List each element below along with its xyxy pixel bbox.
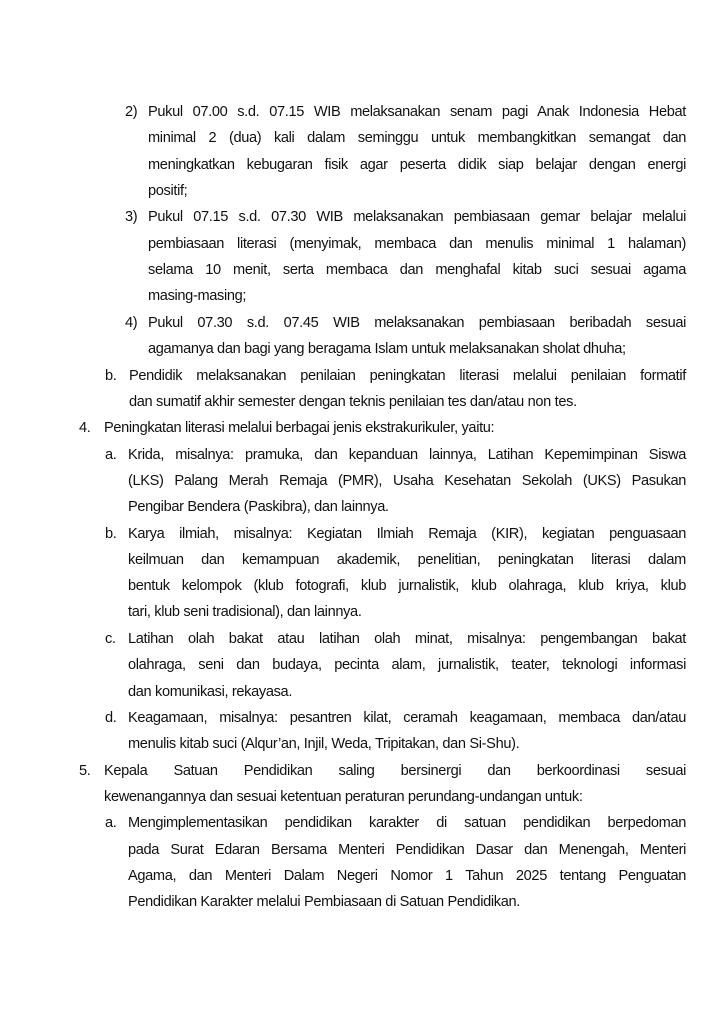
text-line: positif; xyxy=(148,178,686,204)
text-line: minimal 2 (dua) kali dalam seminggu untu… xyxy=(148,125,686,151)
text-line: olahraga, seni dan budaya, pecinta alam,… xyxy=(128,652,686,678)
document-page: 2)Pukul 07.00 s.d. 07.15 WIB melaksanaka… xyxy=(0,0,728,1024)
text-line: Pendidik melaksanakan penilaian peningka… xyxy=(129,363,686,389)
text-line: Pengibar Bendera (Paskibra), dan lainnya… xyxy=(128,494,686,520)
list-marker: 4. xyxy=(79,415,90,441)
list-marker: a. xyxy=(105,442,116,468)
list-marker: a. xyxy=(105,810,116,836)
text-line: menulis kitab suci (Alqur’an, Injil, Wed… xyxy=(128,731,686,757)
text-line: masing-masing; xyxy=(148,283,686,309)
text-line: Krida, misalnya: pramuka, dan kepanduan … xyxy=(128,442,686,468)
text-line: kewenangannya dan sesuai ketentuan perat… xyxy=(104,784,686,810)
list-item-text: Krida, misalnya: pramuka, dan kepanduan … xyxy=(128,442,686,521)
text-line: Pukul 07.30 s.d. 07.45 WIB melaksanakan … xyxy=(148,310,686,336)
text-line: dan komunikasi, rekayasa. xyxy=(128,679,686,705)
list-marker: c. xyxy=(105,626,116,652)
list-marker: 2) xyxy=(125,99,137,125)
list-marker: b. xyxy=(105,363,116,389)
list-item-text: Pukul 07.00 s.d. 07.15 WIB melaksanakan … xyxy=(148,99,686,204)
text-line: dan sumatif akhir semester dengan teknis… xyxy=(129,389,686,415)
text-line: selama 10 menit, serta membaca dan mengh… xyxy=(148,257,686,283)
text-line: Pendidikan Karakter melalui Pembiasaan d… xyxy=(128,889,686,915)
text-line: Latihan olah bakat atau latihan olah min… xyxy=(128,626,686,652)
text-line: pembiasaan literasi (menyimak, membaca d… xyxy=(148,231,686,257)
list-item-text: Latihan olah bakat atau latihan olah min… xyxy=(128,626,686,705)
list-item-text: Peningkatan literasi melalui berbagai je… xyxy=(104,415,686,441)
list-item-text: Pukul 07.30 s.d. 07.45 WIB melaksanakan … xyxy=(148,310,686,363)
text-line: agamanya dan bagi yang beragama Islam un… xyxy=(148,336,686,362)
text-line: Kepala Satuan Pendidikan saling bersiner… xyxy=(104,758,686,784)
list-item-text: Pukul 07.15 s.d. 07.30 WIB melaksanakan … xyxy=(148,204,686,309)
list-marker: 4) xyxy=(125,310,137,336)
text-line: Peningkatan literasi melalui berbagai je… xyxy=(104,415,686,441)
list-marker: b. xyxy=(105,521,116,547)
list-item-text: Pendidik melaksanakan penilaian peningka… xyxy=(129,363,686,416)
text-line: Agama, dan Menteri Dalam Negeri Nomor 1 … xyxy=(128,863,686,889)
list-marker: d. xyxy=(105,705,116,731)
list-item-text: Karya ilmiah, misalnya: Kegiatan Ilmiah … xyxy=(128,521,686,626)
list-item-text: Mengimplementasikan pendidikan karakter … xyxy=(128,810,686,915)
list-item-text: Kepala Satuan Pendidikan saling bersiner… xyxy=(104,758,686,811)
text-line: keilmuan dan kemampuan akademik, penelit… xyxy=(128,547,686,573)
text-line: Mengimplementasikan pendidikan karakter … xyxy=(128,810,686,836)
list-item-text: Keagamaan, misalnya: pesantren kilat, ce… xyxy=(128,705,686,758)
text-line: tari, klub seni tradisional), dan lainny… xyxy=(128,599,686,625)
text-line: Karya ilmiah, misalnya: Kegiatan Ilmiah … xyxy=(128,521,686,547)
text-line: Pukul 07.00 s.d. 07.15 WIB melaksanakan … xyxy=(148,99,686,125)
text-line: (LKS) Palang Merah Remaja (PMR), Usaha K… xyxy=(128,468,686,494)
list-marker: 3) xyxy=(125,204,137,230)
text-line: bentuk kelompok (klub fotografi, klub ju… xyxy=(128,573,686,599)
text-line: meningkatkan kebugaran fisik agar pesert… xyxy=(148,152,686,178)
text-line: pada Surat Edaran Bersama Menteri Pendid… xyxy=(128,837,686,863)
text-line: Keagamaan, misalnya: pesantren kilat, ce… xyxy=(128,705,686,731)
list-marker: 5. xyxy=(79,758,90,784)
text-line: Pukul 07.15 s.d. 07.30 WIB melaksanakan … xyxy=(148,204,686,230)
